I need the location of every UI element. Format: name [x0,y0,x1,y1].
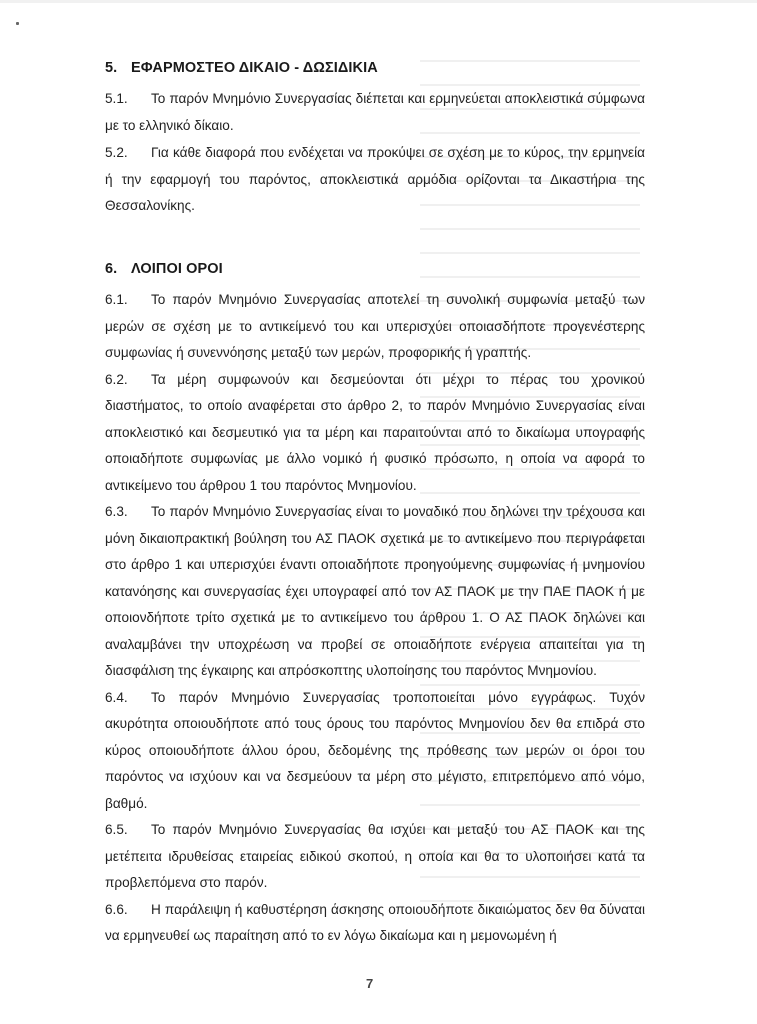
clause-number: 6.3. [105,499,151,526]
clause-text: Το παρόν Μνημόνιο Συνεργασίας αποτελεί τ… [105,292,645,360]
clause-5-1: 5.1.Το παρόν Μνημόνιο Συνεργασίας διέπετ… [105,86,645,139]
section-title: ΕΦΑΡΜΟΣΤΕΟ ΔΙΚΑΙΟ - ΔΩΣΙΔΙΚΙΑ [131,60,378,76]
section-6: 6.ΛΟΙΠΟΙ ΟΡΟΙ 6.1.Το παρόν Μνημόνιο Συνε… [105,257,645,950]
clause-text: Για κάθε διαφορά που ενδέχεται να προκύψ… [105,145,645,213]
section-number: 6. [105,257,131,281]
clause-number: 5.2. [105,140,151,167]
clause-number: 6.2. [105,367,151,394]
scan-speck [16,22,19,25]
top-edge [0,0,757,3]
clause-6-6: 6.6.Η παράλειψη ή καθυστέρηση άσκησης οπ… [105,897,645,950]
clause-6-4: 6.4.Το παρόν Μνημόνιο Συνεργασίας τροποπ… [105,685,645,818]
clause-text: Η παράλειψη ή καθυστέρηση άσκησης οποιου… [105,902,645,944]
clause-text: Το παρόν Μνημόνιο Συνεργασίας διέπεται κ… [105,91,645,133]
clause-5-2: 5.2.Για κάθε διαφορά που ενδέχεται να πρ… [105,140,645,220]
clause-number: 6.4. [105,685,151,712]
clause-6-2: 6.2.Τα μέρη συμφωνούν και δεσμεύονται ότ… [105,367,645,500]
clause-text: Το παρόν Μνημόνιο Συνεργασίας είναι το μ… [105,504,645,678]
clause-text: Το παρόν Μνημόνιο Συνεργασίας τροποποιεί… [105,690,645,811]
clause-number: 6.5. [105,817,151,844]
clause-number: 5.1. [105,86,151,113]
clause-number: 6.1. [105,287,151,314]
clause-number: 6.6. [105,897,151,924]
section-heading: 5.ΕΦΑΡΜΟΣΤΕΟ ΔΙΚΑΙΟ - ΔΩΣΙΔΙΚΙΑ [105,56,645,80]
page-number: 7 [366,976,373,991]
clause-6-5: 6.5.Το παρόν Μνημόνιο Συνεργασίας θα ισχ… [105,817,645,897]
section-title: ΛΟΙΠΟΙ ΟΡΟΙ [131,261,223,277]
section-body: 6.1.Το παρόν Μνημόνιο Συνεργασίας αποτελ… [105,287,645,950]
section-heading: 6.ΛΟΙΠΟΙ ΟΡΟΙ [105,257,645,281]
clause-text: Τα μέρη συμφωνούν και δεσμεύονται ότι μέ… [105,372,645,493]
clause-6-1: 6.1.Το παρόν Μνημόνιο Συνεργασίας αποτελ… [105,287,645,367]
section-5: 5.ΕΦΑΡΜΟΣΤΕΟ ΔΙΚΑΙΟ - ΔΩΣΙΔΙΚΙΑ 5.1.Το π… [105,56,645,221]
section-number: 5. [105,56,131,80]
section-body: 5.1.Το παρόν Μνημόνιο Συνεργασίας διέπετ… [105,86,645,220]
clause-6-3: 6.3.Το παρόν Μνημόνιο Συνεργασίας είναι … [105,499,645,685]
clause-text: Το παρόν Μνημόνιο Συνεργασίας θα ισχύει … [105,822,645,890]
